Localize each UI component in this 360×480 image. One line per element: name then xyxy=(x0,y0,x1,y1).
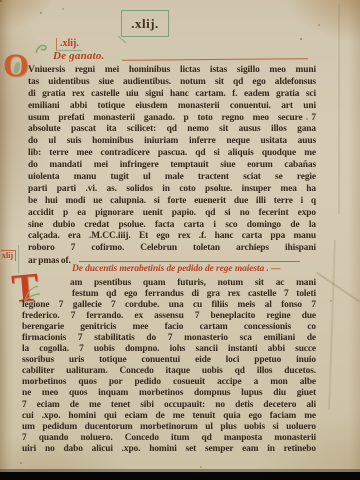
text-line: usum prefati monasterii ganado. p toto r… xyxy=(28,113,316,125)
charter1-rubric: De ganato. xyxy=(53,50,105,62)
folio-number: .xlij. xyxy=(131,16,159,32)
parchment-specks xyxy=(0,0,2,2)
text-line: do mandati mei infringere temptauit siue… xyxy=(28,160,316,172)
text-line: di gratia rex castelle uiu signi hanc ca… xyxy=(28,89,316,101)
text-line: tas uidentibus siue audientibus. notum s… xyxy=(28,77,316,89)
text-line: emiliani abbi totique eiusdem monasterii… xyxy=(28,101,316,113)
text-line: frederico. 7 ferrando. ex assensu 7 bene… xyxy=(22,311,316,322)
text-line: cabiliter ualituram. Concedo itaque uobi… xyxy=(22,366,316,377)
green-guide-mark xyxy=(33,41,49,62)
text-line: legione 7 gallecie 7 cordube. una cu fil… xyxy=(22,300,316,311)
text-line: festum qd ego ferrandus di gra rex caste… xyxy=(22,289,316,300)
text-line: morbetinos quos por pedido cosueuit acci… xyxy=(22,377,316,388)
red-line-filler xyxy=(79,261,300,262)
text-line: calçada. era .M.CC.iiij. Et ego rex .f. … xyxy=(28,231,316,243)
text-line: absolute pascat ita scilicet: qd nemo si… xyxy=(28,124,316,136)
text-line: cui .xpo. homini qui eciam de me tenuit … xyxy=(22,411,316,422)
margin-folio-label: xlij xyxy=(1,250,16,261)
text-line: la cogolla. 7 uobis dompno. iohs sancii … xyxy=(22,344,316,355)
charter1-text: Vniuersis regni mei hominibus lictas ist… xyxy=(28,65,316,267)
text-line: sine dubio credat psolue. facta carta i … xyxy=(28,220,316,232)
text-line: do ul suis hominibus iniuriam inferre ne… xyxy=(28,136,316,148)
manuscript-photo: .xlij. .xlij. De ganato. O Vniuersis reg… xyxy=(0,0,360,480)
photo-black-border xyxy=(0,472,360,480)
parchment-crease xyxy=(338,4,340,214)
text-line: firmacionis 7 stabilitatis do 7 monaster… xyxy=(22,333,316,344)
folio-number-box: .xlij. xyxy=(121,10,169,37)
text-line: ssoribus uris totique conuentui eide loc… xyxy=(22,355,316,366)
charter2-text: am psentibus quam futuris, notum sit ac … xyxy=(22,278,316,455)
text-line: um pedidum ducentorum morbetinorum ul pl… xyxy=(22,422,316,433)
text-line: lib: terre mee contradicere pascua. qd s… xyxy=(28,148,316,160)
text-line: 7 quando noluero. Concedo itum qd manpos… xyxy=(22,433,316,444)
text-line: Vniuersis regni mei hominibus lictas ist… xyxy=(28,65,316,77)
text-line: accidit p ea pignorare uenit papio. qd s… xyxy=(28,208,316,220)
text-line: uiolenta manu tugit ul male tractent sci… xyxy=(28,172,316,184)
text-line: be hui modi ue calupnia. si forte euener… xyxy=(28,196,316,208)
text-line: roboro 7 cofirmo. Celebrun toletan archi… xyxy=(28,243,316,255)
text-line: ne meo quos inquam morbetinos dompnus lu… xyxy=(22,388,316,399)
text-line: am psentibus quam futuris, notum sit ac … xyxy=(22,278,316,289)
text-line: berengarie genitricis mee facio cartam c… xyxy=(22,322,316,333)
charter2-rubric: De ducentis merabetinis de pedido de reg… xyxy=(72,264,310,274)
text-line: uiri no dabo alicui .xpo. homini set sem… xyxy=(22,444,316,455)
illuminated-initial-o: O xyxy=(3,50,29,83)
text-line: 7 eciam de me tenet sibi occupauit: no d… xyxy=(22,400,316,411)
text-line: parti parti .vi. as. solidos in coto pso… xyxy=(28,184,316,196)
